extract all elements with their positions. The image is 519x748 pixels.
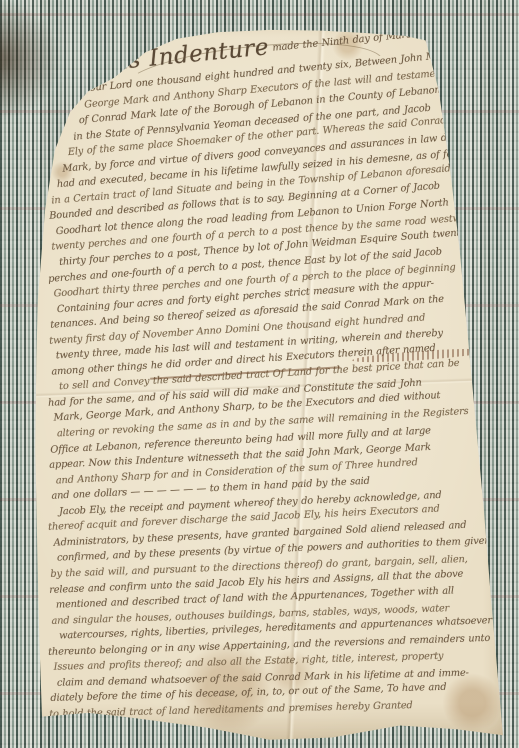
- manuscript-text: This Indenture made the Ninth day of Mar…: [46, 54, 492, 722]
- photo-frame: This Indenture made the Ninth day of Mar…: [0, 0, 519, 748]
- document-paper: This Indenture made the Ninth day of Mar…: [0, 0, 519, 748]
